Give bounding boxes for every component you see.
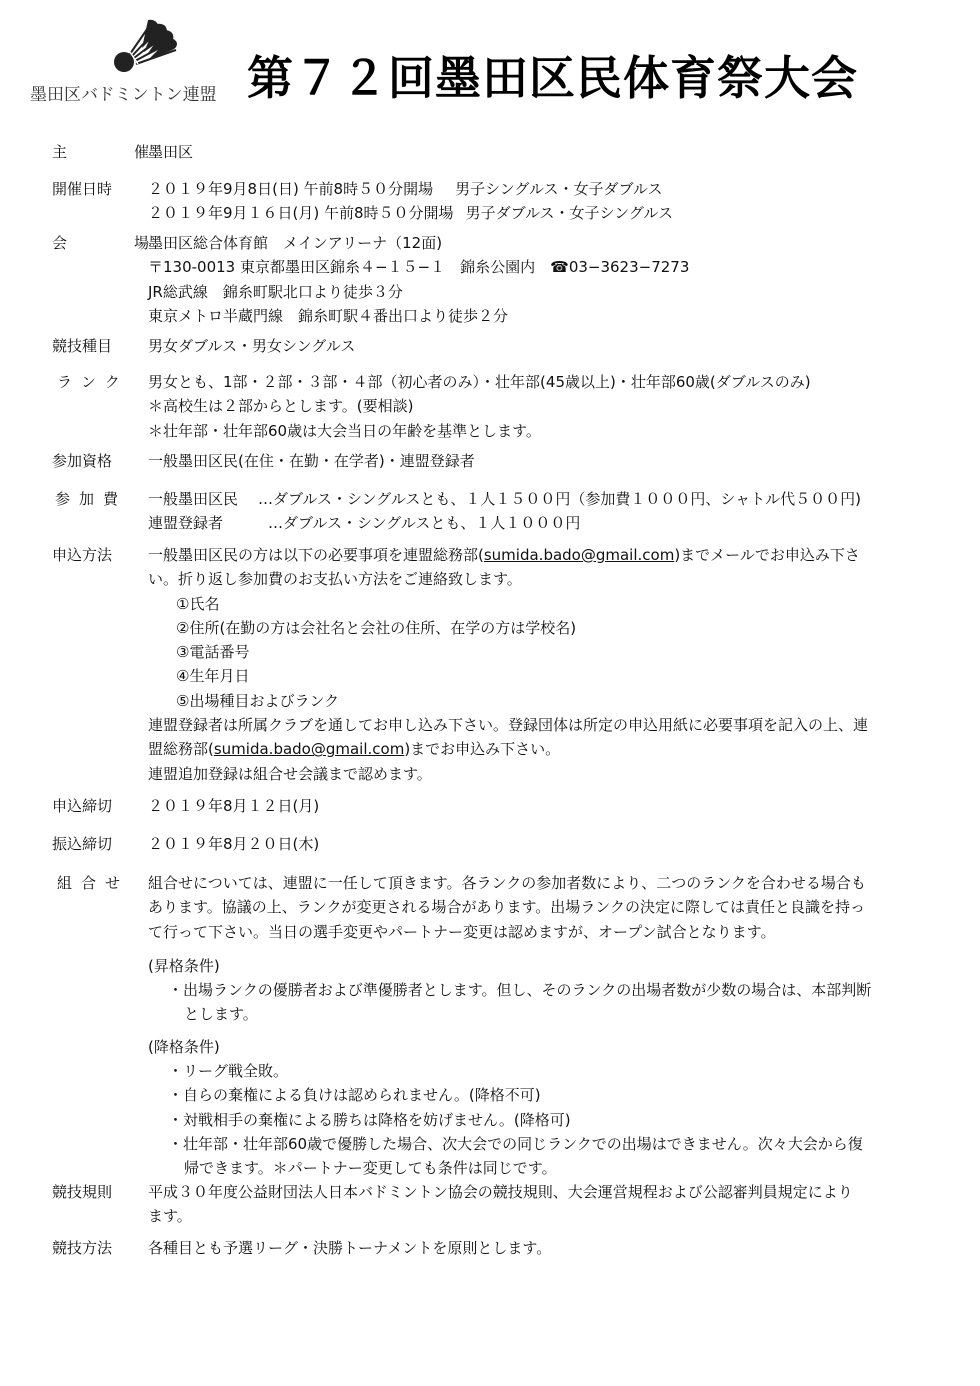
date-text: ２０１９年9月１６日(月) 午前8時５０分開場 [148, 204, 454, 222]
section-label: 申込締切 [52, 794, 112, 818]
required-item: ⑤出場種目およびランク [148, 689, 938, 713]
section-label: 組合せ [57, 871, 129, 895]
page-title: 第７２回墨田区民体育祭大会 [247, 42, 858, 108]
date-events: 男子シングルス・女子ダブルス [455, 180, 662, 198]
rules-line: ます。 [148, 1204, 938, 1228]
venue-access-jr: JR総武線 錦糸町駅北口より徒歩３分 [148, 280, 938, 304]
date-line: ２０１９年9月１６日(月) 午前8時５０分開場男子ダブルス・女子シングルス [148, 201, 938, 225]
promotion-item-cont: とします。 [148, 1002, 938, 1026]
venue-address: 〒130-0013 東京都墨田区錦糸４−１５−１ 錦糸公園内 ☎03−3623−… [148, 255, 938, 279]
section-content: 墨田区総合体育館 メインアリーナ（12面) 〒130-0013 東京都墨田区錦糸… [148, 231, 938, 328]
required-item: ①氏名 [148, 592, 938, 616]
federation-name: 墨田区バドミントン連盟 [30, 80, 230, 105]
demotion-item-cont: 帰できます。＊パートナー変更しても条件は同じです。 [148, 1156, 938, 1180]
section-label: 競技種目 [52, 334, 112, 358]
section-label: 申込方法 [52, 543, 112, 567]
host-value: 墨田区 [148, 140, 938, 164]
draw-line: あります。協議の上、ランクが変更される場合があります。出場ランクの決定に際しては… [148, 895, 938, 919]
section-content: 一般墨田区民の方は以下の必要事項を連盟総務部(sumida.bado@gmail… [148, 543, 938, 786]
demotion-heading: (降格条件) [148, 1035, 938, 1059]
section-label: 開催日時 [52, 177, 112, 201]
demotion-item: ・対戦相手の棄権による勝ちは降格を妨げません。(降格可) [148, 1108, 938, 1132]
eligibility-value: 一般墨田区民(在住・在勤・在学者)・連盟登録者 [148, 449, 938, 473]
section-content: ２０１９年9月8日(日) 午前8時５０分開場男子シングルス・女子ダブルス ２０１… [148, 177, 938, 226]
section-label: 振込締切 [52, 832, 112, 856]
demotion-item: ・リーグ戦全敗。 [148, 1059, 938, 1083]
required-item: ④生年月日 [148, 664, 938, 688]
application-intro-2: い。折り返し参加費のお支払い方法をご連絡致します。 [148, 567, 938, 591]
club-application-2: 盟総務部(sumida.bado@gmail.com)までお申込み下さい。 [148, 737, 938, 761]
section-content: 組合せについては、連盟に一任して頂きます。各ランクの参加者数により、二つのランク… [148, 871, 938, 1181]
application-intro: 一般墨田区民の方は以下の必要事項を連盟総務部(sumida.bado@gmail… [148, 543, 938, 567]
venue-access-metro: 東京メトロ半蔵門線 錦糸町駅４番出口より徒歩２分 [148, 304, 938, 328]
demotion-item: ・壮年部・壮年部60歳で優勝した場合、次大会での同じランクでの出場はできません。… [148, 1132, 938, 1156]
section-content: 男女とも、1部・２部・３部・４部（初心者のみ）・壮年部(45歳以上)・壮年部60… [148, 370, 938, 443]
section-content: 平成３０年度公益財団法人日本バドミントン協会の競技規則、大会運営規程および公認審… [148, 1180, 938, 1229]
section-content: 墨田区 [148, 140, 938, 164]
club-application: 連盟登録者は所属クラブを通してお申し込み下さい。登録団体は所定の申込用紙に必要事… [148, 713, 938, 737]
rank-line: 男女とも、1部・２部・３部・４部（初心者のみ）・壮年部(45歳以上)・壮年部60… [148, 370, 938, 394]
late-registration: 連盟追加登録は組合せ会議まで認めます。 [148, 762, 938, 786]
section-label: 競技規則 [52, 1180, 112, 1204]
date-line: ２０１９年9月8日(日) 午前8時５０分開場男子シングルス・女子ダブルス [148, 177, 938, 201]
shuttlecock-icon [112, 18, 192, 73]
fee-line: 連盟登録者…ダブルス・シングルスとも、１人１０００円 [148, 511, 938, 535]
venue-phone: 03−3623−7273 [569, 258, 690, 276]
required-item: ③電話番号 [148, 640, 938, 664]
required-item: ②住所(在勤の方は会社名と会社の住所、在学の方は学校名) [148, 616, 938, 640]
section-label: 競技方法 [52, 1236, 112, 1260]
promotion-item: ・出場ランクの優勝者および準優勝者とします。但し、そのランクの出場者数が少数の場… [148, 978, 938, 1002]
rank-line: ＊高校生は２部からとします。(要相談) [148, 394, 938, 418]
telephone-icon: ☎ [550, 258, 569, 276]
section-content: 一般墨田区民…ダブルス・シングルスとも、１人１５００円（参加費１０００円、シャト… [148, 487, 938, 536]
email-link[interactable]: sumida.bado@gmail.com [214, 740, 404, 758]
section-label: 参加費 [55, 487, 127, 511]
section-label: ランク [57, 370, 129, 394]
deadline-value: ２０１９年8月１２日(月) [148, 794, 938, 818]
venue-name: 墨田区総合体育館 メインアリーナ（12面) [148, 231, 938, 255]
section-label: 参加資格 [52, 449, 112, 473]
format-value: 各種目とも予選リーグ・決勝トーナメントを原則とします。 [148, 1236, 938, 1260]
events-value: 男女ダブルス・男女シングルス [148, 334, 938, 358]
section-content: ２０１９年8月２０日(木) [148, 832, 938, 856]
federation-logo: 墨田区バドミントン連盟 [30, 18, 230, 108]
demotion-item: ・自らの棄権による負けは認められません。(降格不可) [148, 1083, 938, 1107]
section-content: ２０１９年8月１２日(月) [148, 794, 938, 818]
rules-line: 平成３０年度公益財団法人日本バドミントン協会の競技規則、大会運営規程および公認審… [148, 1180, 938, 1204]
date-events: 男子ダブルス・女子シングルス [466, 204, 673, 222]
draw-line: 組合せについては、連盟に一任して頂きます。各ランクの参加者数により、二つのランク… [148, 871, 938, 895]
promotion-heading: (昇格条件) [148, 954, 938, 978]
email-link[interactable]: sumida.bado@gmail.com [484, 546, 674, 564]
document-header: 墨田区バドミントン連盟 第７２回墨田区民体育祭大会 [0, 0, 980, 125]
rank-line: ＊壮年部・壮年部60歳は大会当日の年齢を基準とします。 [148, 419, 938, 443]
section-content: 男女ダブルス・男女シングルス [148, 334, 938, 358]
section-content: 一般墨田区民(在住・在勤・在学者)・連盟登録者 [148, 449, 938, 473]
draw-line: て行って下さい。当日の選手変更やパートナー変更は認めますが、オープン試合となりま… [148, 920, 938, 944]
date-text: ２０１９年9月8日(日) 午前8時５０分開場 [148, 180, 433, 198]
section-content: 各種目とも予選リーグ・決勝トーナメントを原則とします。 [148, 1236, 938, 1260]
fee-line: 一般墨田区民…ダブルス・シングルスとも、１人１５００円（参加費１０００円、シャト… [148, 487, 938, 511]
payment-deadline-value: ２０１９年8月２０日(木) [148, 832, 938, 856]
